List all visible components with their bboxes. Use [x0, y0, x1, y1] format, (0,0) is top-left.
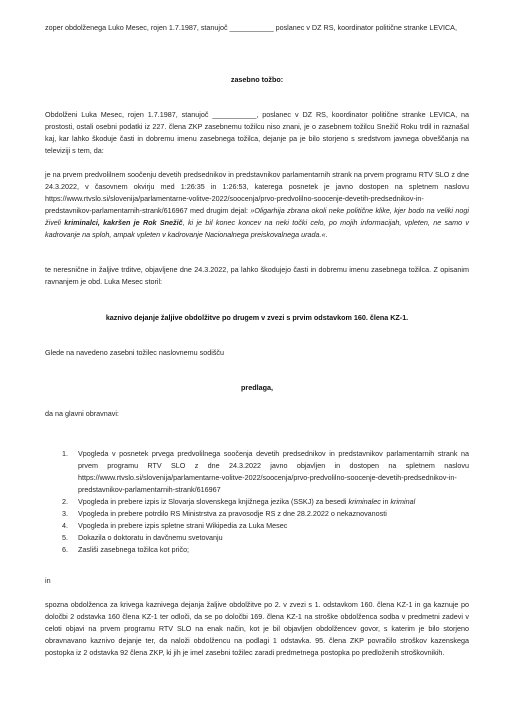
evidence-list: 1.Vpogleda v posnetek prvega predvolilne…: [45, 448, 469, 556]
main-hearing-paragraph: da na glavni obravnavi:: [45, 408, 469, 420]
heading-criminal-offense: kaznivo dejanje žaljive obdolžitve po dr…: [45, 312, 469, 324]
court-paragraph: Glede na navedeno zasebni tožilec naslov…: [45, 347, 469, 359]
evidence-item: 6.Zasliši zasebnega tožilca kot pričo;: [45, 544, 469, 556]
heading-proposes: predlaga,: [45, 382, 469, 394]
heading-private-lawsuit: zasebno tožbo:: [45, 74, 469, 86]
accusation-paragraph: Obdolženi Luka Mesec, rojen 1.7.1987, st…: [45, 109, 469, 157]
evidence-item: 4.Vpogleda in prebere izpis spletne stra…: [45, 520, 469, 532]
evidence-item: 3.Vpogleda in prebere potrdilo RS Minist…: [45, 508, 469, 520]
evidence-item: 1.Vpogleda v posnetek prvega predvolilne…: [45, 448, 469, 496]
quote-tail: .: [326, 230, 328, 239]
intro-paragraph: zoper obdolženega Luko Mesec, rojen 1.7.…: [45, 22, 469, 34]
conjunction: in: [45, 575, 469, 587]
verdict-paragraph: spozna obdolženca za krivega kaznivega d…: [45, 599, 469, 659]
quote-bold: kriminalci, kakršen je Rok Snežič: [64, 218, 182, 227]
claims-paragraph: te neresnične in žaljive trditve, objavl…: [45, 264, 469, 288]
statement-paragraph: je na prvem predvolilnem soočenju deveti…: [45, 169, 469, 241]
evidence-item: 5.Dokazila o doktoratu in davčnemu sveto…: [45, 532, 469, 544]
evidence-item: 2.Vpogleda in prebere izpis iz Slovarja …: [45, 496, 469, 508]
